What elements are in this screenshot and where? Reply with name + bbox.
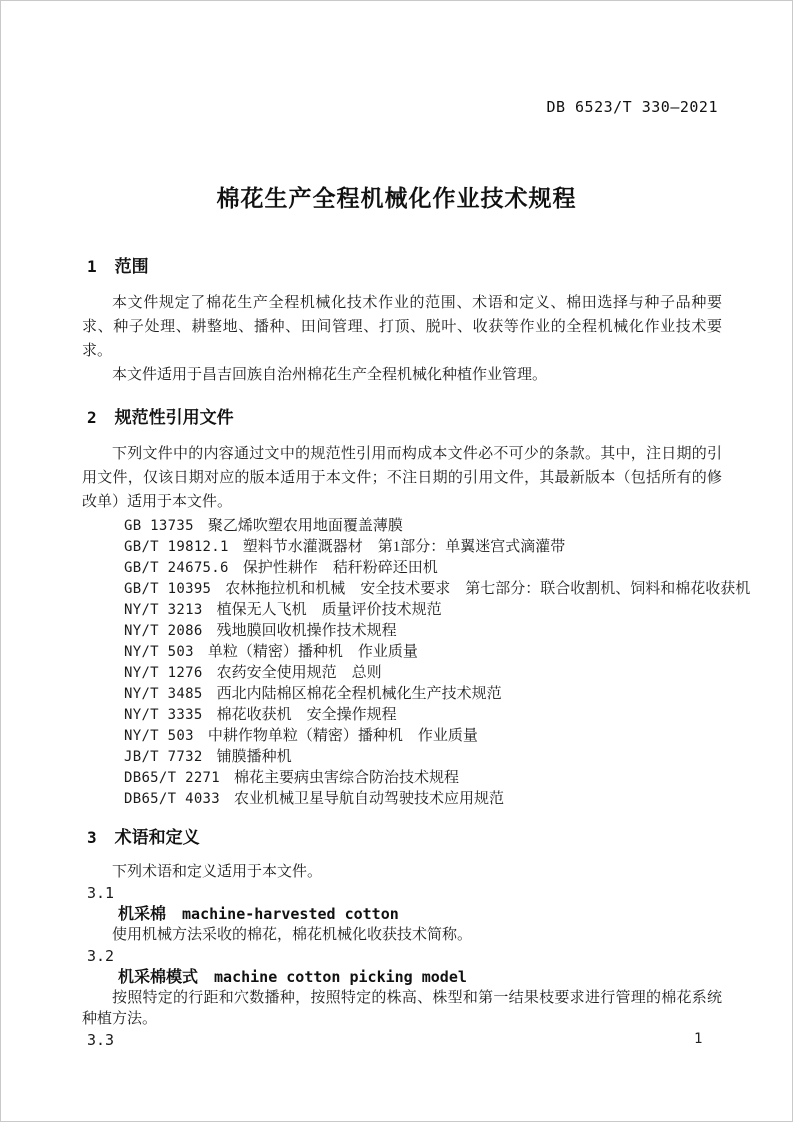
- reference-list: GB 13735聚乙烯吹塑农用地面覆盖薄膜 GB/T 19812.1塑料节水灌溉…: [82, 516, 722, 810]
- terms-intro: 下列术语和定义适用于本文件。: [82, 862, 722, 883]
- term-en-label: machine-harvested cotton: [182, 905, 399, 923]
- term-entry-3-1: 机采棉machine-harvested cotton: [82, 904, 722, 925]
- reference-code: GB/T 19812.1: [124, 539, 229, 555]
- reference-title: 中耕作物单粒（精密）播种机 作业质量: [208, 728, 478, 744]
- reference-item: NY/T 3213植保无人飞机 质量评价技术规范: [82, 600, 722, 621]
- reference-title: 农业机械卫星导航自动驾驶技术应用规范: [234, 791, 504, 807]
- document-body: 1范围 本文件规定了棉花生产全程机械化技术作业的范围、术语和定义、棉田选择与种子…: [82, 257, 722, 1051]
- scope-paragraph-1: 本文件规定了棉花生产全程机械化技术作业的范围、术语和定义、棉田选择与种子品种要求…: [82, 291, 722, 363]
- reference-item: NY/T 2086残地膜回收机操作技术规程: [82, 621, 722, 642]
- reference-item: GB/T 10395农林拖拉机和机械 安全技术要求 第七部分：联合收割机、饲料和…: [82, 579, 722, 600]
- reference-code: NY/T 503: [124, 728, 194, 744]
- reference-item: NY/T 3485西北内陆棉区棉花全程机械化生产技术规范: [82, 684, 722, 705]
- section-1-title: 范围: [115, 257, 149, 276]
- reference-code: NY/T 3213: [124, 602, 203, 618]
- reference-code: JB/T 7732: [124, 749, 203, 765]
- reference-title: 西北内陆棉区棉花全程机械化生产技术规范: [217, 686, 502, 702]
- reference-title: 聚乙烯吹塑农用地面覆盖薄膜: [208, 518, 403, 534]
- section-3-title: 术语和定义: [115, 828, 200, 847]
- reference-title: 残地膜回收机操作技术规程: [217, 623, 397, 639]
- reference-item: GB 13735聚乙烯吹塑农用地面覆盖薄膜: [82, 516, 722, 537]
- term-zh-label: 机采棉模式: [118, 969, 198, 986]
- term-number-3-1: 3.1: [87, 883, 722, 904]
- term-zh-label: 机采棉: [118, 906, 166, 923]
- term-definition-3-2: 按照特定的行距和穴数播种，按照特定的株高、株型和第一结果枝要求进行管理的棉花系统…: [82, 988, 722, 1030]
- reference-title: 棉花主要病虫害综合防治技术规程: [234, 770, 459, 786]
- term-entry-3-2: 机采棉模式machine cotton picking model: [82, 967, 722, 988]
- document-title: 棉花生产全程机械化作业技术规程: [1, 180, 792, 213]
- reference-title: 铺膜播种机: [217, 749, 292, 765]
- reference-item: DB65/T 4033农业机械卫星导航自动驾驶技术应用规范: [82, 789, 722, 810]
- reference-item: NY/T 503单粒（精密）播种机 作业质量: [82, 642, 722, 663]
- reference-title: 植保无人飞机 质量评价技术规范: [217, 602, 442, 618]
- section-2-number: 2: [87, 408, 97, 427]
- reference-item: GB/T 24675.6保护性耕作 秸秆粉碎还田机: [82, 558, 722, 579]
- reference-item: NY/T 503中耕作物单粒（精密）播种机 作业质量: [82, 726, 722, 747]
- section-2-heading: 2规范性引用文件: [87, 408, 722, 428]
- reference-item: JB/T 7732铺膜播种机: [82, 747, 722, 768]
- term-number-3-2: 3.2: [87, 946, 722, 967]
- reference-item: DB65/T 2271棉花主要病虫害综合防治技术规程: [82, 768, 722, 789]
- term-en-label: machine cotton picking model: [214, 968, 467, 986]
- reference-title: 农林拖拉机和机械 安全技术要求 第七部分：联合收割机、饲料和棉花收获机: [225, 581, 750, 597]
- section-3-number: 3: [87, 828, 97, 847]
- page-number: 1: [694, 1031, 702, 1047]
- reference-title: 单粒（精密）播种机 作业质量: [208, 644, 418, 660]
- reference-item: NY/T 1276农药安全使用规范 总则: [82, 663, 722, 684]
- reference-title: 棉花收获机 安全操作规程: [217, 707, 397, 723]
- reference-item: GB/T 19812.1塑料节水灌溉器材 第1部分：单翼迷宫式滴灌带: [82, 537, 722, 558]
- reference-item: NY/T 3335棉花收获机 安全操作规程: [82, 705, 722, 726]
- reference-title: 塑料节水灌溉器材 第1部分：单翼迷宫式滴灌带: [243, 539, 566, 555]
- reference-code: NY/T 3335: [124, 707, 203, 723]
- reference-code: GB/T 10395: [124, 581, 211, 597]
- section-1-heading: 1范围: [87, 257, 722, 277]
- reference-code: NY/T 2086: [124, 623, 203, 639]
- standard-code: DB 6523/T 330—2021: [546, 98, 718, 116]
- reference-code: DB65/T 2271: [124, 770, 220, 786]
- reference-code: DB65/T 4033: [124, 791, 220, 807]
- reference-code: GB 13735: [124, 518, 194, 534]
- scope-paragraph-2: 本文件适用于昌吉回族自治州棉花生产全程机械化种植作业管理。: [82, 363, 722, 387]
- term-number-3-3: 3.3: [87, 1030, 722, 1051]
- reference-code: NY/T 3485: [124, 686, 203, 702]
- section-1-number: 1: [87, 257, 97, 276]
- reference-code: NY/T 1276: [124, 665, 203, 681]
- term-definition-3-1: 使用机械方法采收的棉花，棉花机械化收获技术简称。: [82, 925, 722, 946]
- reference-title: 农药安全使用规范 总则: [217, 665, 382, 681]
- section-2-title: 规范性引用文件: [115, 408, 234, 427]
- reference-code: NY/T 503: [124, 644, 194, 660]
- document-page: DB 6523/T 330—2021 棉花生产全程机械化作业技术规程 1范围 本…: [0, 0, 793, 1122]
- reference-title: 保护性耕作 秸秆粉碎还田机: [243, 560, 438, 576]
- section-3-heading: 3术语和定义: [87, 828, 722, 848]
- normative-references-intro: 下列文件中的内容通过文中的规范性引用而构成本文件必不可少的条款。其中，注日期的引…: [82, 442, 722, 514]
- reference-code: GB/T 24675.6: [124, 560, 229, 576]
